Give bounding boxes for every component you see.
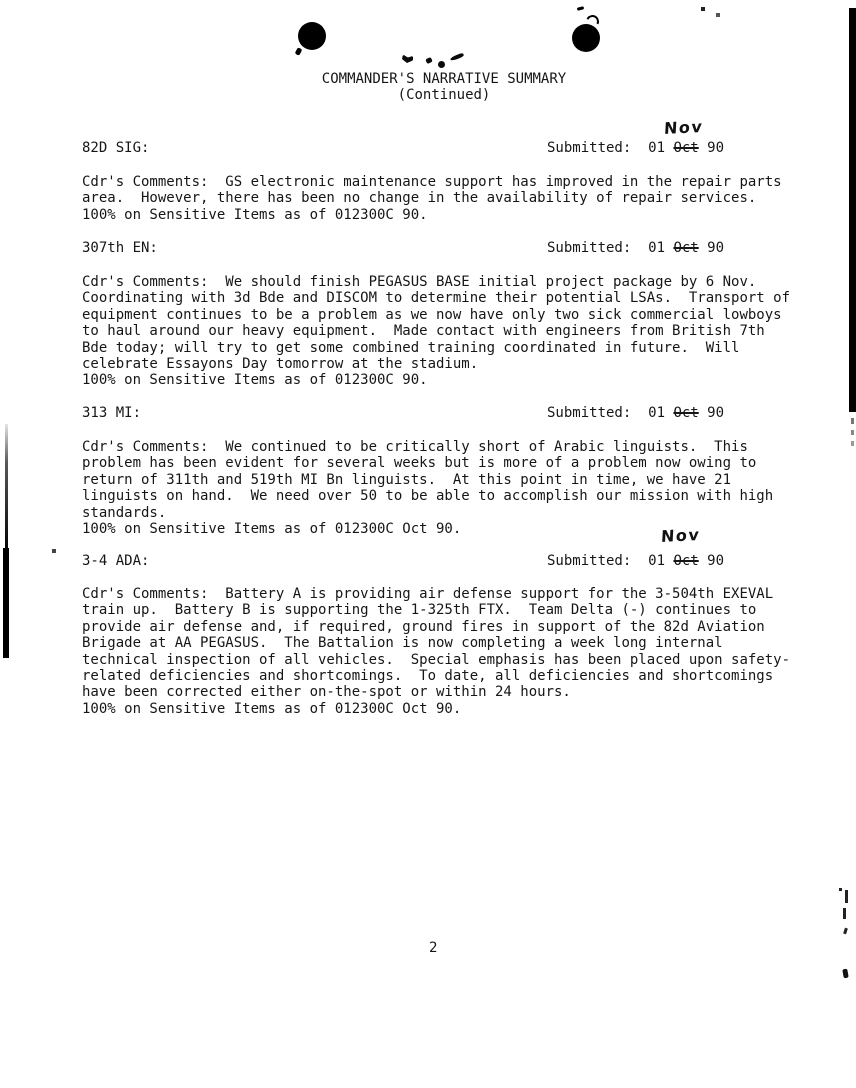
struck-month: Oct	[673, 140, 698, 156]
scan-tick-right-1	[851, 418, 854, 424]
submitted-label: Submitted: 01	[547, 240, 673, 256]
scan-tick-right-2	[851, 430, 854, 435]
struck-month: Oct	[673, 405, 698, 421]
ink-mark-4	[450, 53, 464, 62]
section-unit-313-mi: 313 MI:	[82, 405, 141, 421]
hole-punch-left-tail	[295, 47, 303, 56]
ink-mark-3	[438, 61, 445, 68]
handwritten-month-3-4-ada: Nov	[661, 525, 701, 546]
page-number: 2	[429, 940, 437, 956]
scan-speck-lower-right-5	[842, 969, 848, 979]
submitted-year: 90	[699, 240, 724, 256]
scanned-document-page: COMMANDER'S NARRATIVE SUMMARY (Continued…	[0, 0, 856, 1088]
ink-speck-above-punch	[577, 6, 585, 11]
submitted-year: 90	[699, 140, 724, 156]
handwritten-month-82d-sig: Nov	[664, 117, 704, 138]
submitted-line-313-mi: Submitted: 01 Oct 90	[547, 405, 724, 421]
scan-speck-lower-right-4	[843, 928, 848, 935]
section-comments-313-mi: Cdr's Comments: We continued to be criti…	[82, 439, 773, 537]
submitted-label: Submitted: 01	[547, 553, 673, 569]
scan-speck-lower-right-1	[839, 888, 842, 891]
scan-streak-left-lower	[3, 548, 9, 658]
page-subtitle: (Continued)	[244, 87, 644, 103]
submitted-label: Submitted: 01	[547, 405, 673, 421]
hole-punch-left	[298, 22, 326, 50]
submitted-line-82d-sig: Submitted: 01 Oct 90	[547, 140, 724, 156]
scan-tick-right-3	[851, 441, 854, 446]
scan-bar-right-edge	[849, 8, 856, 412]
section-unit-3-4-ada: 3-4 ADA:	[82, 553, 149, 569]
scan-streak-left-upper	[5, 424, 8, 552]
scan-speck-lower-right-2	[845, 890, 848, 903]
submitted-line-307th-en: Submitted: 01 Oct 90	[547, 240, 724, 256]
section-comments-3-4-ada: Cdr's Comments: Battery A is providing a…	[82, 586, 790, 717]
scan-speck-top-right-2	[716, 13, 720, 17]
section-unit-307th-en: 307th EN:	[82, 240, 158, 256]
ink-mark-1	[401, 54, 413, 63]
submitted-year: 90	[699, 405, 724, 421]
ink-mark-2	[425, 57, 433, 64]
section-comments-307th-en: Cdr's Comments: We should finish PEGASUS…	[82, 274, 790, 389]
page-title: COMMANDER'S NARRATIVE SUMMARY	[244, 71, 644, 87]
submitted-label: Submitted: 01	[547, 140, 673, 156]
scan-speck-lower-right-3	[843, 908, 846, 919]
hole-punch-right	[572, 24, 600, 52]
scan-speck-left-margin	[52, 549, 56, 553]
title-block: COMMANDER'S NARRATIVE SUMMARY (Continued…	[244, 71, 644, 104]
section-comments-82d-sig: Cdr's Comments: GS electronic maintenanc…	[82, 174, 782, 223]
struck-month: Oct	[673, 553, 698, 569]
submitted-year: 90	[699, 553, 724, 569]
struck-month: Oct	[673, 240, 698, 256]
submitted-line-3-4-ada: Submitted: 01 Oct 90	[547, 553, 724, 569]
scan-speck-top-right-1	[701, 7, 705, 11]
section-unit-82d-sig: 82D SIG:	[82, 140, 149, 156]
